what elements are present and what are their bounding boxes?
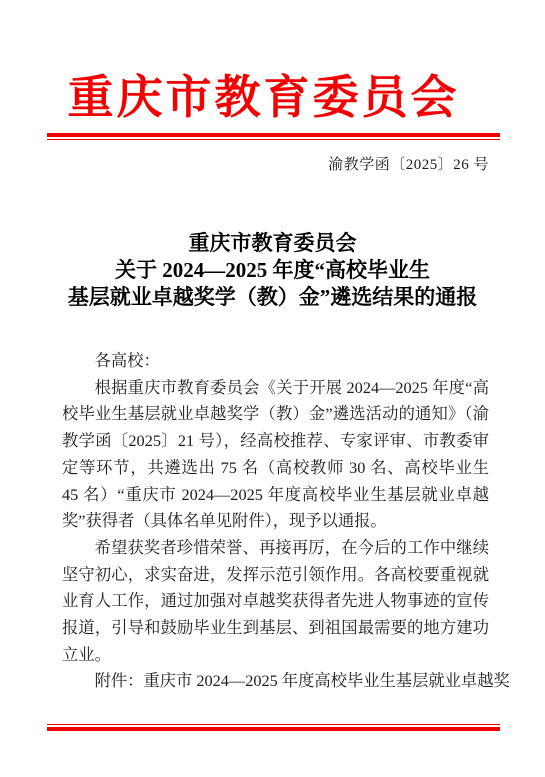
- body-paragraph-1: 根据重庆市教育委员会《关于开展 2024—2025 年度“高校毕业生基层就业卓越…: [62, 375, 489, 535]
- body-paragraph-2: 希望获奖者珍惜荣誉、再接再厉，在今后的工作中继续坚守初心，求实奋进，发挥示范引领…: [62, 535, 489, 669]
- document-body: 各高校： 根据重庆市教育委员会《关于开展 2024—2025 年度“高校毕业生基…: [62, 348, 489, 695]
- agency-letterhead-title: 重庆市教育委员会: [0, 72, 536, 124]
- document-number: 渝教学函〔2025〕26 号: [328, 153, 489, 174]
- document-title: 重庆市教育委员会 关于 2024—2025 年度“高校毕业生 基层就业卓越奖学（…: [0, 230, 545, 311]
- document-title-line-2: 关于 2024—2025 年度“高校毕业生: [0, 257, 545, 284]
- document-page: 重庆市教育委员会 渝教学函〔2025〕26 号 重庆市教育委员会 关于 2024…: [0, 0, 545, 777]
- divider-thick-stripe: [47, 727, 500, 731]
- document-title-line-3: 基层就业卓越奖学（教）金”遴选结果的通报: [0, 284, 545, 311]
- divider-thin-stripe: [47, 139, 500, 140]
- letterhead-divider-line: [47, 133, 500, 140]
- attachment-line: 附件：重庆市 2024—2025 年度高校毕业生基层就业卓越奖: [62, 668, 489, 695]
- document-title-line-1: 重庆市教育委员会: [0, 230, 545, 257]
- footer-divider-line: [47, 724, 500, 731]
- salutation: 各高校：: [62, 348, 489, 375]
